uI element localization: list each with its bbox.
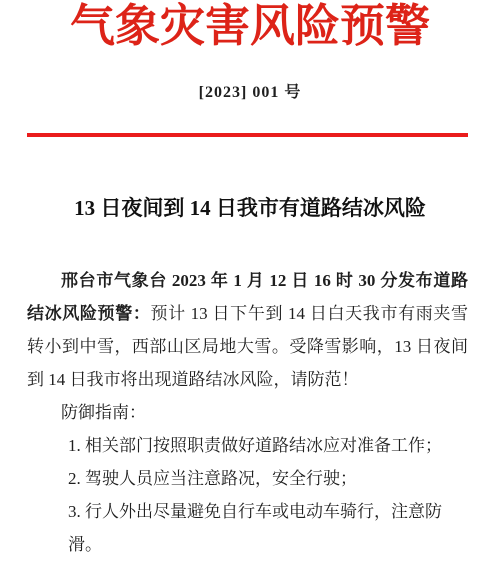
document-body: 邢台市气象台 2023 年 1 月 12 日 16 时 30 分发布道路结冰风险…: [0, 264, 500, 561]
doc-number: [2023] 001 号: [0, 82, 500, 104]
warning-title: 气象灾害风险预警: [0, 0, 500, 52]
guide-label: 防御指南：: [27, 396, 468, 429]
warning-notice-page: 气象灾害风险预警 [2023] 001 号 13 日夜间到 14 日我市有道路结…: [0, 0, 500, 566]
guide-item-1: 1. 相关部门按照职责做好道路结冰应对准备工作；: [27, 429, 468, 462]
guide-item-3: 3. 行人外出尽量避免自行车或电动车骑行，注意防滑。: [27, 495, 468, 561]
red-divider-line: [27, 133, 468, 137]
main-paragraph: 邢台市气象台 2023 年 1 月 12 日 16 时 30 分发布道路结冰风险…: [27, 264, 468, 396]
document-heading: 13 日夜间到 14 日我市有道路结冰风险: [0, 194, 500, 222]
guide-item-2: 2. 驾驶人员应当注意路况，安全行驶；: [27, 462, 468, 495]
